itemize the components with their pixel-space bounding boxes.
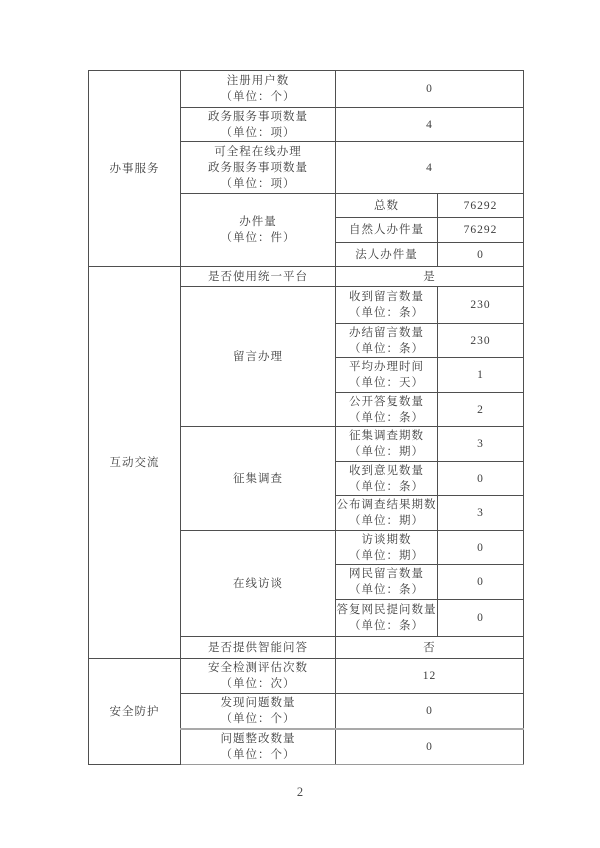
unit-line: （单位：个） [181, 747, 335, 763]
case-volume-legal-label-cell: 法人办件量 [336, 243, 438, 267]
label-line: 发现问题数量 [181, 695, 335, 711]
category-service-cell: 办事服务 [89, 71, 181, 267]
registered-users-label-cell: 注册用户数 （单位：个） [181, 71, 336, 108]
label-line: 问题整改数量 [181, 731, 335, 747]
case-volume-label-cell: 办件量 （单位：件） [181, 194, 336, 267]
interview-issues-label-cell: 访谈期数 （单位：期） [336, 531, 438, 565]
case-volume-total-value-cell: 76292 [438, 194, 524, 218]
label-line: 办件量 [181, 214, 335, 230]
opinions-received-value-cell: 0 [438, 462, 524, 496]
problems-found-value-cell: 0 [336, 694, 524, 729]
label-line: 访谈期数 [336, 532, 437, 548]
full-online-items-label-cell: 可全程在线办理 政务服务事项数量 （单位：项） [181, 142, 336, 194]
category-security-cell: 安全防护 [89, 659, 181, 765]
table-row: 安全防护 安全检测评估次数 （单位：次） 12 [89, 659, 524, 694]
label-line: 政务服务事项数量 [181, 109, 335, 125]
avg-handling-time-value-cell: 1 [438, 358, 524, 393]
interview-group-cell: 在线访谈 [181, 531, 336, 637]
registered-users-value-cell: 0 [336, 71, 524, 108]
unit-line: （单位：件） [181, 230, 335, 246]
case-volume-natural-value-cell: 76292 [438, 218, 524, 243]
results-published-label-cell: 公布调查结果期数 （单位：期） [336, 496, 438, 531]
unit-line: （单位：个） [181, 711, 335, 727]
case-volume-natural-label-cell: 自然人办件量 [336, 218, 438, 243]
smart-qa-value-cell: 否 [336, 637, 524, 659]
unit-line: （单位：个） [181, 89, 335, 105]
opinions-received-label-cell: 收到意见数量 （单位：条） [336, 462, 438, 496]
unit-line: （单位：条） [336, 341, 437, 357]
questions-answered-value-cell: 0 [438, 600, 524, 637]
case-volume-legal-value-cell: 0 [438, 243, 524, 267]
message-handling-group-cell: 留言办理 [181, 287, 336, 427]
security-checks-label-cell: 安全检测评估次数 （单位：次） [181, 659, 336, 694]
label-line: 收到意见数量 [336, 463, 437, 479]
label-line: 可全程在线办理 [181, 144, 335, 160]
service-items-label-cell: 政务服务事项数量 （单位：项） [181, 108, 336, 142]
public-replies-label-cell: 公开答复数量 （单位：条） [336, 393, 438, 427]
results-published-value-cell: 3 [438, 496, 524, 531]
table-row: 互动交流 是否使用统一平台 是 [89, 267, 524, 287]
unit-line: （单位：条） [336, 479, 437, 495]
messages-completed-label-cell: 办结留言数量 （单位：条） [336, 324, 438, 358]
survey-issues-value-cell: 3 [438, 427, 524, 462]
case-volume-total-label-cell: 总数 [336, 194, 438, 218]
problems-fixed-value-cell: 0 [336, 729, 524, 765]
messages-received-value-cell: 230 [438, 287, 524, 324]
unit-line: （单位：期） [336, 513, 437, 529]
label-line: 安全检测评估次数 [181, 660, 335, 676]
unit-line: （单位：条） [336, 582, 437, 598]
avg-handling-time-label-cell: 平均办理时间 （单位：天） [336, 358, 438, 393]
unit-line: （单位：次） [181, 676, 335, 692]
unified-platform-label-cell: 是否使用统一平台 [181, 267, 336, 287]
report-page: 办事服务 注册用户数 （单位：个） 0 政务服务事项数量 （单位：项） 4 可全… [0, 0, 600, 848]
category-interaction-cell: 互动交流 [89, 267, 181, 659]
questions-answered-label-cell: 答复网民提问数量 （单位：条） [336, 600, 438, 637]
label-line: 平均办理时间 [336, 359, 437, 375]
page-number: 2 [0, 785, 600, 800]
survey-group-cell: 征集调查 [181, 427, 336, 531]
smart-qa-label-cell: 是否提供智能问答 [181, 637, 336, 659]
netizen-messages-value-cell: 0 [438, 565, 524, 600]
messages-completed-value-cell: 230 [438, 324, 524, 358]
unit-line: （单位：条） [336, 410, 437, 426]
label-line: 答复网民提问数量 [336, 602, 437, 618]
problems-fixed-label-cell: 问题整改数量 （单位：个） [181, 729, 336, 765]
label-line: 注册用户数 [181, 73, 335, 89]
interview-issues-value-cell: 0 [438, 531, 524, 565]
table-row: 办事服务 注册用户数 （单位：个） 0 [89, 71, 524, 108]
problems-found-label-cell: 发现问题数量 （单位：个） [181, 694, 336, 729]
netizen-messages-label-cell: 网民留言数量 （单位：条） [336, 565, 438, 600]
full-online-items-value-cell: 4 [336, 142, 524, 194]
label-line: 网民留言数量 [336, 566, 437, 582]
unit-line: （单位：期） [336, 548, 437, 564]
unit-line: （单位：天） [336, 375, 437, 391]
annual-report-table: 办事服务 注册用户数 （单位：个） 0 政务服务事项数量 （单位：项） 4 可全… [88, 70, 524, 765]
unified-platform-value-cell: 是 [336, 267, 524, 287]
messages-received-label-cell: 收到留言数量 （单位：条） [336, 287, 438, 324]
label-line: 政务服务事项数量 [181, 160, 335, 176]
unit-line: （单位：项） [181, 125, 335, 141]
unit-line: （单位：项） [181, 176, 335, 192]
label-line: 收到留言数量 [336, 289, 437, 305]
label-line: 办结留言数量 [336, 325, 437, 341]
unit-line: （单位：条） [336, 305, 437, 321]
security-checks-value-cell: 12 [336, 659, 524, 694]
label-line: 公开答复数量 [336, 394, 437, 410]
public-replies-value-cell: 2 [438, 393, 524, 427]
unit-line: （单位：期） [336, 444, 437, 460]
label-line: 征集调查期数 [336, 428, 437, 444]
unit-line: （单位：条） [336, 618, 437, 634]
label-line: 公布调查结果期数 [336, 497, 437, 513]
service-items-value-cell: 4 [336, 108, 524, 142]
survey-issues-label-cell: 征集调查期数 （单位：期） [336, 427, 438, 462]
